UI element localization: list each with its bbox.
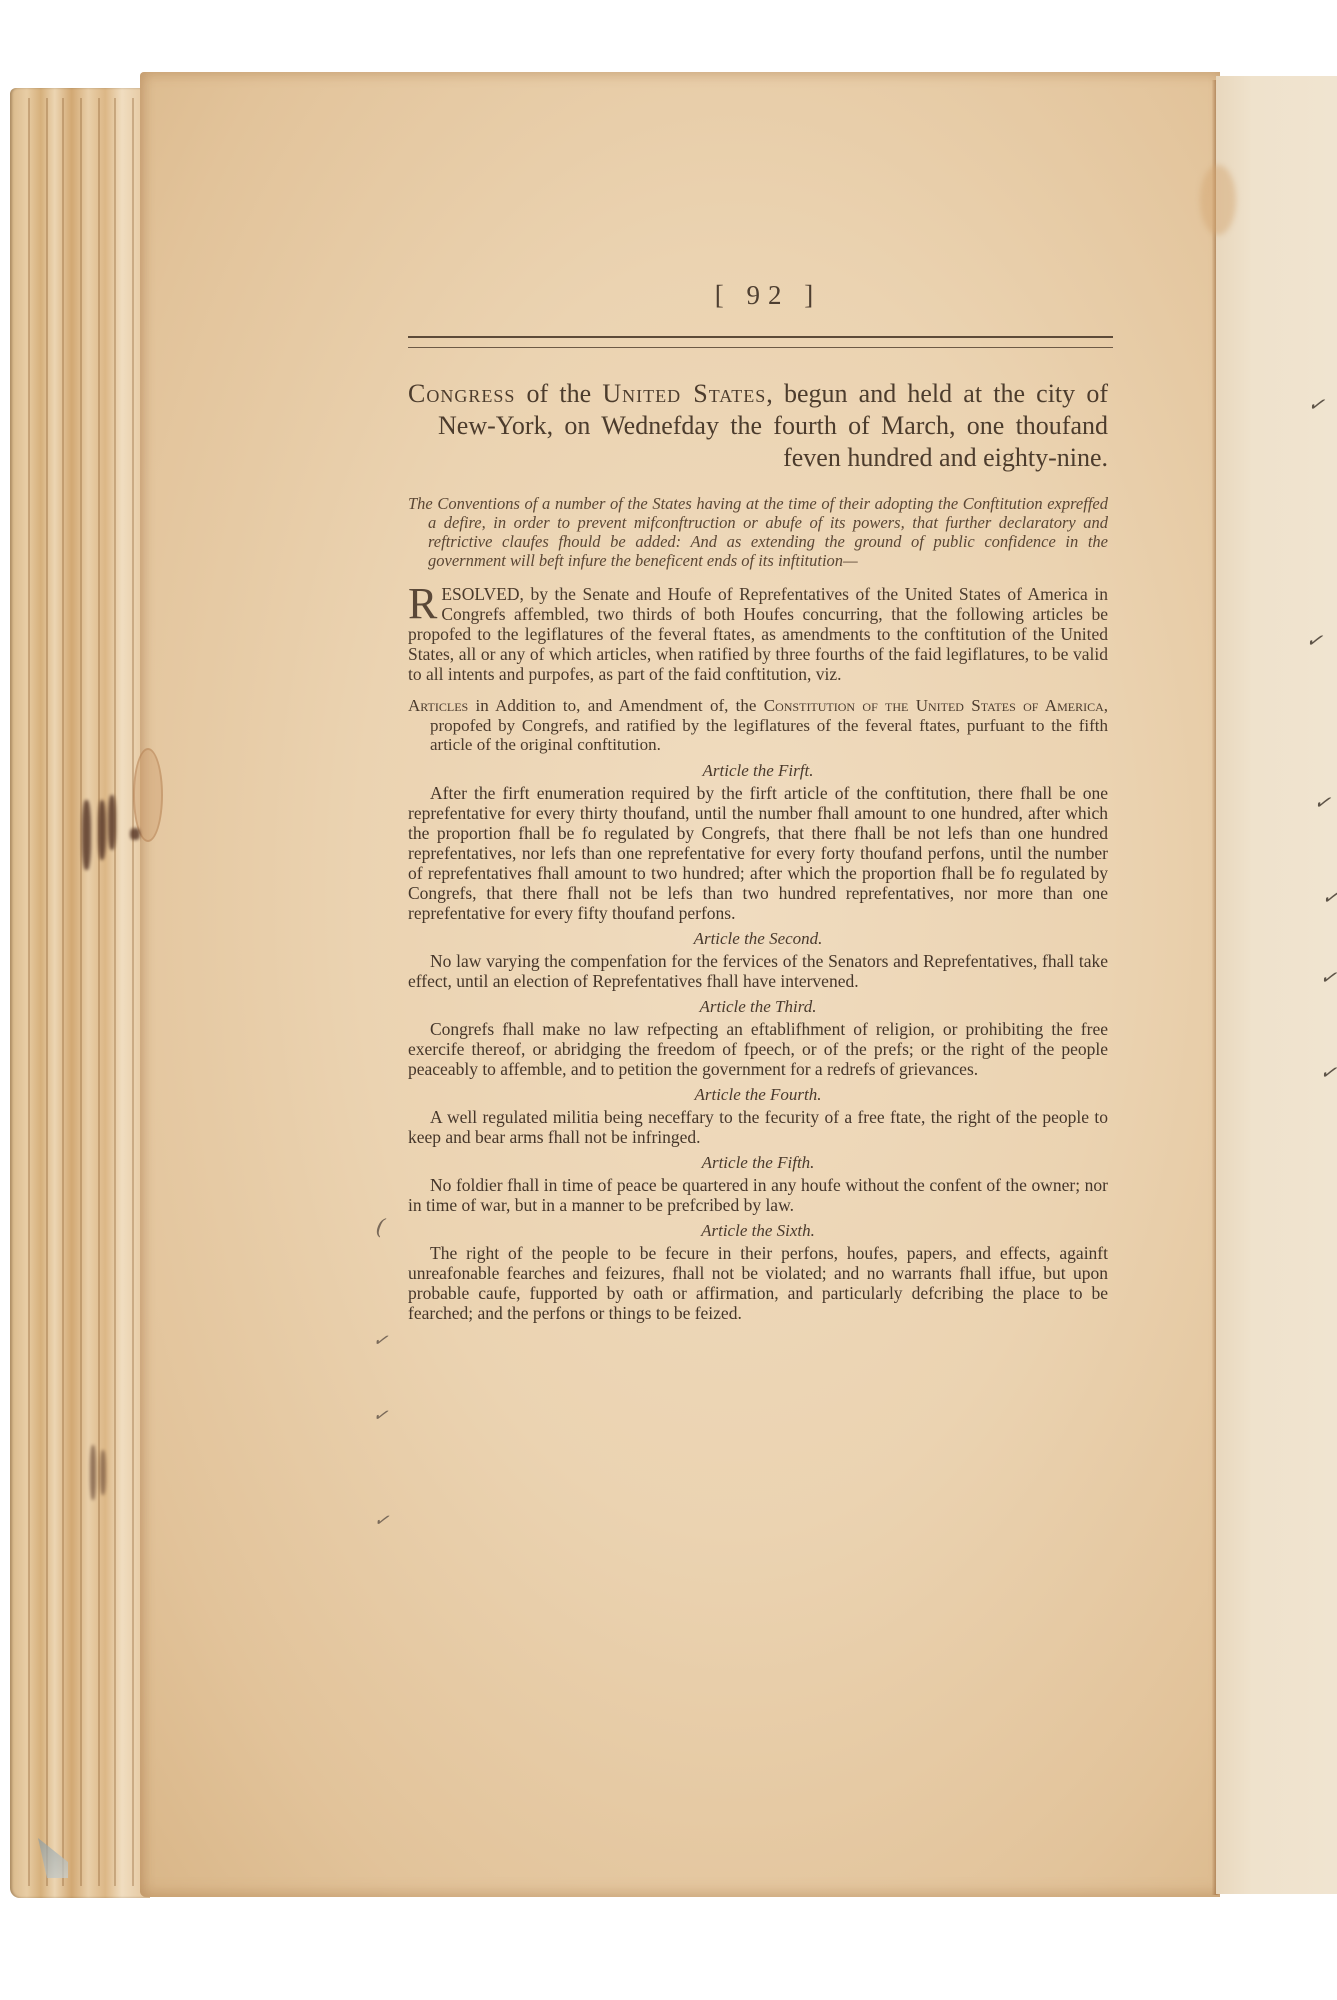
ink-stain xyxy=(82,800,91,870)
document-heading: Congress of the United States, begun and… xyxy=(408,378,1108,474)
check-mark-icon: ✓ xyxy=(373,1509,391,1532)
heading-congress: Congress xyxy=(408,379,515,408)
check-mark-icon: ✓ xyxy=(1306,391,1326,417)
printed-text-block: [ 92 ] Congress of the United States, be… xyxy=(408,280,1108,1329)
articles-intro: Articles in Addition to, and Amendment o… xyxy=(408,696,1108,755)
check-mark-icon: ✓ xyxy=(372,1329,390,1352)
resolution-paragraph: RESOLVED, by the Senate and Houfe of Rep… xyxy=(408,584,1108,684)
article-title: Article the Sixth. xyxy=(408,1221,1108,1241)
check-mark-icon: ✓ xyxy=(1312,789,1332,815)
ink-stain xyxy=(100,1450,106,1495)
article-body: No law varying the compenfation for the … xyxy=(408,951,1108,991)
article-body: Congrefs fhall make no law refpecting an… xyxy=(408,1019,1108,1079)
ink-stain xyxy=(108,795,116,850)
articles-lead: Articles xyxy=(408,696,468,715)
check-mark-icon: ✓ xyxy=(1318,1059,1337,1085)
page-number: [ 92 ] xyxy=(428,280,1108,322)
article-title: Article the Fourth. xyxy=(408,1085,1108,1105)
article-body: After the firft enumeration required by … xyxy=(408,783,1108,923)
article-title: Article the Second. xyxy=(408,929,1108,949)
check-mark-icon: ✓ xyxy=(1320,884,1337,910)
articles-constitution: Constitution of the United States of Ame… xyxy=(764,696,1104,715)
drop-cap: R xyxy=(408,586,437,622)
ink-stain xyxy=(130,828,140,840)
double-rule xyxy=(408,336,1113,348)
foxing-stain xyxy=(1200,165,1236,235)
ink-stain xyxy=(98,800,106,860)
articles-text: in Addition to, and Amendment of, the xyxy=(468,696,764,715)
check-mark-icon: ✓ xyxy=(1318,964,1337,990)
article-title: Article the Third. xyxy=(408,997,1108,1017)
ink-stain xyxy=(90,1445,96,1500)
book-page-edges xyxy=(10,88,150,1898)
article-title: Article the Firft. xyxy=(408,761,1108,781)
article-body: No foldier fhall in time of peace be qua… xyxy=(408,1175,1108,1215)
resolution-text: ESOLVED, by the Senate and Houfe of Repr… xyxy=(408,584,1108,684)
preamble: The Conventions of a number of the State… xyxy=(408,494,1108,570)
heading-text: of the xyxy=(515,379,602,408)
check-mark-icon: ✓ xyxy=(1304,627,1324,653)
article-title: Article the Fifth. xyxy=(408,1153,1108,1173)
check-mark-icon: ✓ xyxy=(372,1404,390,1427)
article-body: A well regulated militia being neceffary… xyxy=(408,1107,1108,1147)
article-body: The right of the people to be fecure in … xyxy=(408,1243,1108,1323)
heading-united-states: United States xyxy=(602,379,766,408)
